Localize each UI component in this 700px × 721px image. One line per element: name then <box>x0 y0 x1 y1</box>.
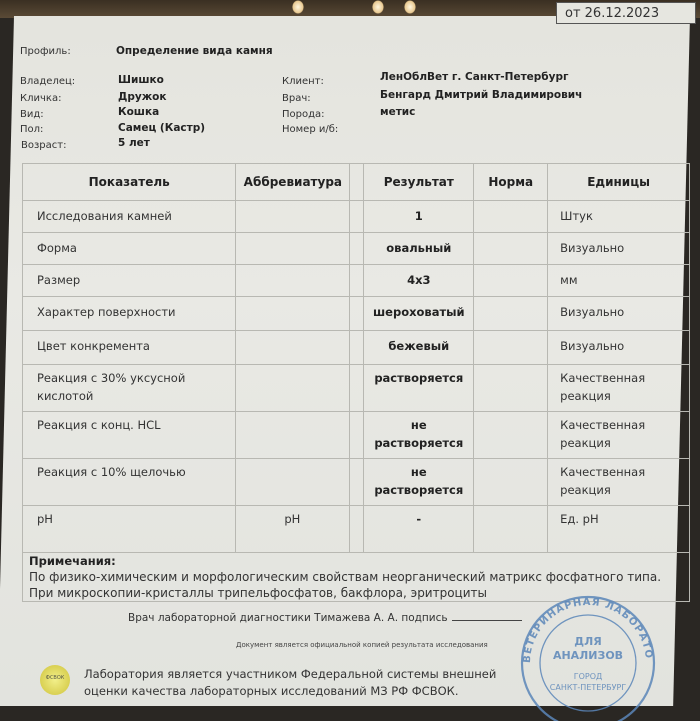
owner-label: Владелец: <box>20 76 75 87</box>
client-label: Клиент: <box>282 76 324 87</box>
column-header-indicator: Показатель <box>23 164 236 201</box>
table-row: Реакция с конц. HCLне растворяетсяКачест… <box>23 412 690 459</box>
spacer-cell <box>350 365 364 412</box>
result-cell: не растворяется <box>364 459 474 506</box>
footer-text: Лаборатория является участником Федераль… <box>84 666 496 700</box>
svg-text:ГОРОД: ГОРОД <box>574 672 603 681</box>
results-table: Показатель Аббревиатура Результат Норма … <box>22 163 690 602</box>
abbreviation-cell <box>236 459 350 506</box>
abbreviation-cell <box>236 331 350 365</box>
spacer-cell <box>350 331 364 365</box>
abbreviation-cell: pH <box>236 506 350 553</box>
column-header-norm: Норма <box>474 164 548 201</box>
indicator-cell: Характер поверхности <box>23 297 236 331</box>
indicator-cell: Форма <box>23 233 236 265</box>
table-row: ФормаовальныйВизуально <box>23 233 690 265</box>
column-header-abbreviation: Аббревиатура <box>236 164 350 201</box>
breed-value: метис <box>380 106 415 118</box>
fsvok-badge-icon: ФСВОК <box>40 665 70 695</box>
nickname-value: Дружок <box>118 91 167 103</box>
result-cell: - <box>364 506 474 553</box>
footer-line-2: оценки качества лабораторных исследовани… <box>84 683 496 700</box>
abbreviation-cell <box>236 265 350 297</box>
abbreviation-cell <box>236 412 350 459</box>
profile-value: Определение вида камня <box>116 45 273 57</box>
indicator-cell: Реакция с конц. HCL <box>23 412 236 459</box>
table-row: Исследования камней1Штук <box>23 201 690 233</box>
indicator-cell: Исследования камней <box>23 201 236 233</box>
units-cell: Качественная реакция <box>548 365 690 412</box>
case-number-label: Номер и/б: <box>282 124 338 135</box>
indicator-cell: pH <box>23 506 236 553</box>
result-cell: шероховатый <box>364 297 474 331</box>
spacer-cell <box>350 459 364 506</box>
table-row: Размер4x3мм <box>23 265 690 297</box>
spacer-cell <box>350 233 364 265</box>
abbreviation-cell <box>236 233 350 265</box>
units-cell: Качественная реакция <box>548 459 690 506</box>
svg-text:ДЛЯ: ДЛЯ <box>574 635 601 648</box>
sex-label: Пол: <box>20 124 43 135</box>
result-cell: не растворяется <box>364 412 474 459</box>
table-row: Реакция с 30% уксусной кислотойрастворяе… <box>23 365 690 412</box>
owner-value: Шишко <box>118 74 164 86</box>
age-label: Возраст: <box>21 140 66 151</box>
units-cell: Качественная реакция <box>548 412 690 459</box>
client-value: ЛенОблВет г. Санкт-Петербург <box>380 71 568 83</box>
norm-cell <box>474 297 548 331</box>
table-row: Реакция с 10% щелочьюне растворяетсяКаче… <box>23 459 690 506</box>
result-cell: овальный <box>364 233 474 265</box>
column-header-units: Единицы <box>548 164 690 201</box>
spacer-cell <box>350 297 364 331</box>
table-header-row: Показатель Аббревиатура Результат Норма … <box>23 164 690 201</box>
indicator-cell: Цвет конкремента <box>23 331 236 365</box>
age-value: 5 лет <box>118 137 150 149</box>
nickname-label: Кличка: <box>20 93 61 104</box>
indicator-cell: Реакция с 10% щелочью <box>23 459 236 506</box>
sex-value: Самец (Кастр) <box>118 122 205 134</box>
column-header-spacer <box>350 164 364 201</box>
result-cell: 1 <box>364 201 474 233</box>
norm-cell <box>474 331 548 365</box>
abbreviation-cell <box>236 365 350 412</box>
table-row: pHpH-Ед. pH <box>23 506 690 553</box>
units-cell: Ед. pH <box>548 506 690 553</box>
doctor-label: Врач: <box>282 93 311 104</box>
lab-stamp-icon: ВЕТЕРИНАРНАЯ ЛАБОРАТОРИЯ «ВЕТТЕСТ ЗАПАД»… <box>510 593 660 721</box>
footer-line-1: Лаборатория является участником Федераль… <box>84 666 496 683</box>
notes-title: Примечания: <box>29 553 683 569</box>
spacer-cell <box>350 201 364 233</box>
official-copy-note: Документ является официальной копией рез… <box>236 641 488 649</box>
abbreviation-cell <box>236 201 350 233</box>
signature-block: Врач лабораторной диагностики Тимажева А… <box>128 612 522 624</box>
norm-cell <box>474 365 548 412</box>
table-row: Характер поверхностишероховатыйВизуально <box>23 297 690 331</box>
norm-cell <box>474 265 548 297</box>
result-cell: бежевый <box>364 331 474 365</box>
spacer-cell <box>350 265 364 297</box>
indicator-cell: Реакция с 30% уксусной кислотой <box>23 365 236 412</box>
breed-label: Порода: <box>282 109 325 120</box>
norm-cell <box>474 201 548 233</box>
norm-cell <box>474 412 548 459</box>
light-glare <box>404 0 416 14</box>
column-header-result: Результат <box>364 164 474 201</box>
abbreviation-cell <box>236 297 350 331</box>
species-value: Кошка <box>118 106 159 118</box>
result-cell: 4x3 <box>364 265 474 297</box>
light-glare <box>372 0 384 14</box>
spacer-cell <box>350 412 364 459</box>
doctor-value: Бенгард Дмитрий Владимирович <box>380 89 582 101</box>
norm-cell <box>474 506 548 553</box>
spacer-cell <box>350 506 364 553</box>
norm-cell <box>474 459 548 506</box>
result-cell: растворяется <box>364 365 474 412</box>
units-cell: Штук <box>548 201 690 233</box>
units-cell: Визуально <box>548 297 690 331</box>
units-cell: Визуально <box>548 233 690 265</box>
profile-label: Профиль: <box>20 46 71 57</box>
svg-text:САНКТ-ПЕТЕРБУРГ: САНКТ-ПЕТЕРБУРГ <box>550 683 627 692</box>
light-glare <box>292 0 304 14</box>
species-label: Вид: <box>20 109 44 120</box>
norm-cell <box>474 233 548 265</box>
signature-text: Врач лабораторной диагностики Тимажева А… <box>128 612 448 624</box>
table-row: Цвет конкрементабежевыйВизуально <box>23 331 690 365</box>
units-cell: мм <box>548 265 690 297</box>
units-cell: Визуально <box>548 331 690 365</box>
document-date: от 26.12.2023 <box>556 2 696 24</box>
indicator-cell: Размер <box>23 265 236 297</box>
svg-text:АНАЛИЗОВ: АНАЛИЗОВ <box>553 649 623 662</box>
